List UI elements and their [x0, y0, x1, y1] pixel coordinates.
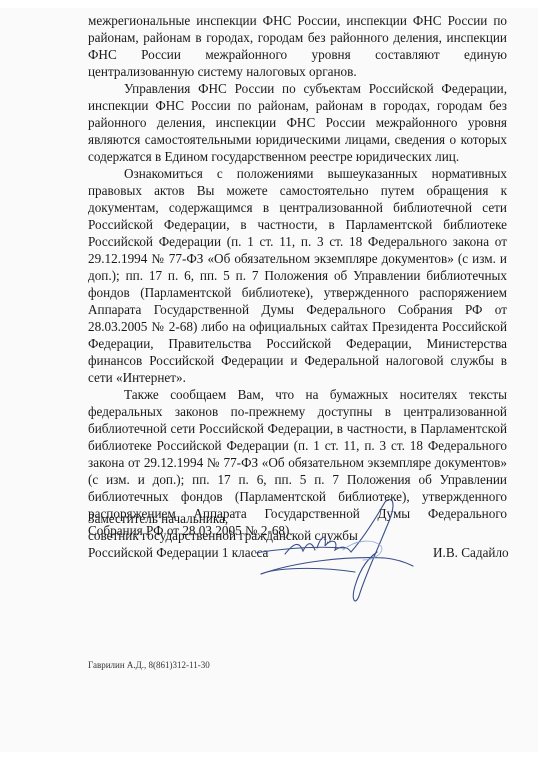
paragraph-1: межрегиональные инспекции ФНС России, ин…	[88, 12, 507, 80]
paragraph-3: Ознакомиться с положениями вышеуказанных…	[88, 165, 507, 386]
letter-body: межрегиональные инспекции ФНС России, ин…	[88, 12, 507, 539]
paragraph-2: Управления ФНС России по субъектам Росси…	[88, 80, 507, 165]
signer-name: И.В. Садайло	[433, 544, 509, 561]
handwritten-signature-icon	[255, 496, 415, 606]
executor-contact: Гаврилин А.Д., 8(861)312-11-30	[88, 660, 210, 670]
